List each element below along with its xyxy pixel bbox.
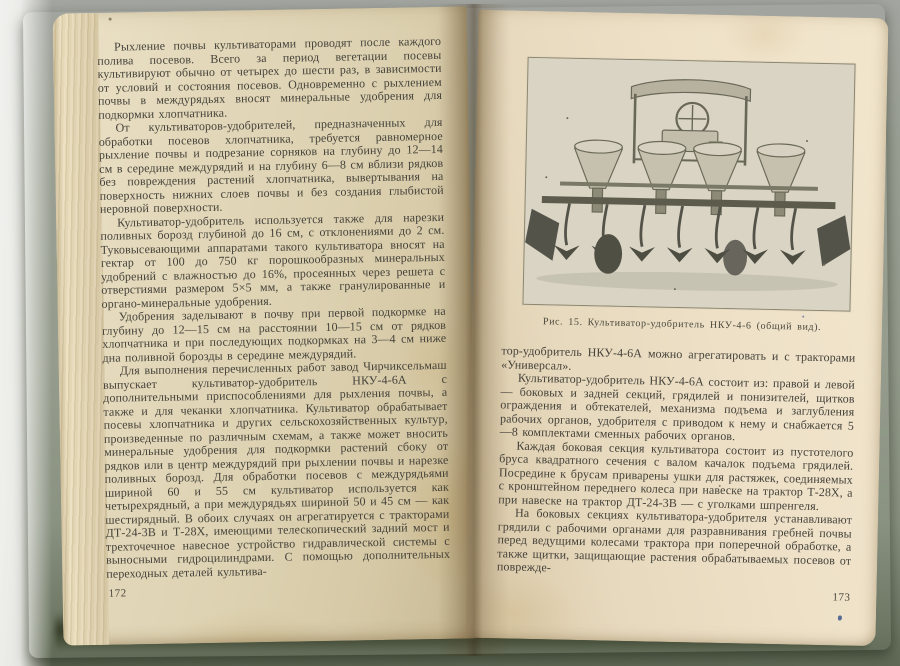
ink-dot xyxy=(838,615,842,620)
paper-speck xyxy=(109,18,112,21)
paragraph: Культиватор-удобритель используется такж… xyxy=(100,210,446,310)
paragraph: На боковых секциях культиватора-удобрите… xyxy=(497,506,852,581)
right-page: Рис. 15. Культиватор-удобритель НКУ-4-6 … xyxy=(465,10,888,646)
paragraph: От культиваторов-удобрителей, предназнач… xyxy=(98,116,444,216)
right-page-number: 173 xyxy=(496,584,850,603)
left-page: Рыхление почвы культиваторами проводят п… xyxy=(53,6,478,645)
cultivator-photo xyxy=(523,58,854,311)
left-page-text: Рыхление почвы культиваторами проводят п… xyxy=(97,35,450,581)
figure-photo-frame xyxy=(522,57,855,312)
paragraph: Удобрения заделывают в почву при первой … xyxy=(102,305,447,365)
ink-speck xyxy=(802,316,804,318)
paragraph: Каждая боковая секция культиватора состо… xyxy=(498,439,853,514)
book-spread-photo: Рыхление почвы культиваторами проводят п… xyxy=(0,0,900,666)
paragraph: Рыхление почвы культиваторами проводят п… xyxy=(97,35,442,122)
paragraph: Культиватор-удобритель НКУ-4-6А состоит … xyxy=(500,371,855,446)
figure-caption: Рис. 15. Культиватор-удобритель НКУ-4-6 … xyxy=(506,315,858,333)
paragraph: Для выполнения перечисленных работ завод… xyxy=(103,359,451,581)
left-page-number: 172 xyxy=(109,587,127,599)
right-page-text: тор-удобритель НКУ-4-6А можно агрегатиро… xyxy=(497,344,856,581)
